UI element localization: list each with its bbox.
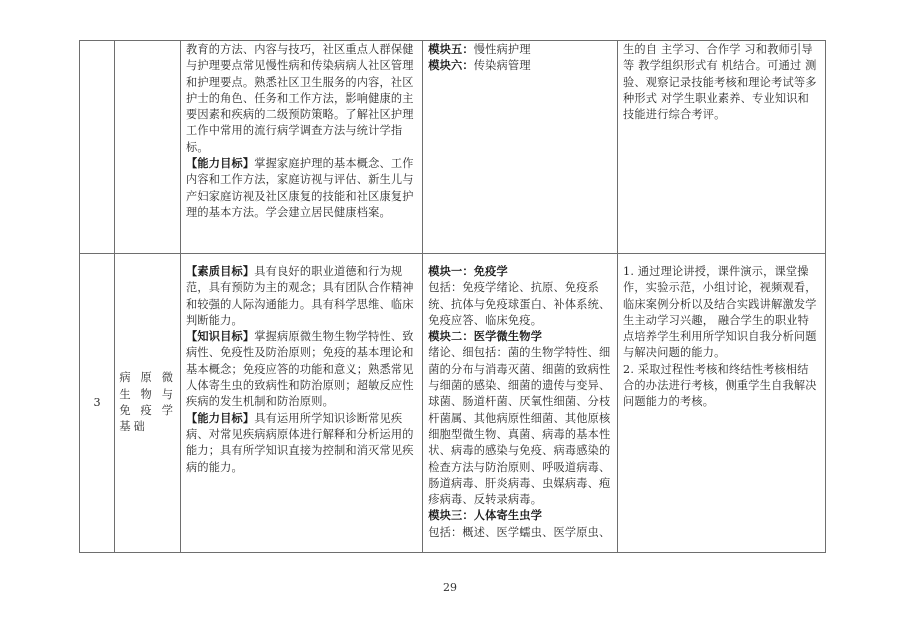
ability-goal-label: 【能力目标】 [186,412,254,425]
content-cell: 模块一：免疫学 包括：免疫学绪论、抗原、免疫系统、抗体与免疫球蛋白、补体系统、免… [423,254,618,553]
method-item: 1. 通过理论讲授，课件演示，课堂操作，实验示范，小组讨论，视频观看，临床案例分… [623,264,820,362]
method-item: 2. 采取过程性考核和终结性考核相结合的办法进行考核，侧重学生自我解决问题能力的… [623,362,820,411]
module-item: 模块五：慢性病护理 [428,42,612,58]
module-label: 模块五： [428,43,474,56]
module-label: 模块六： [428,59,474,72]
goals-cell: 教育的方法、内容与技巧，社区重点人群保健与护理要点常见慢性病和传染病病人社区管理… [180,41,422,254]
ability-goal-label: 【能力目标】 [186,157,254,170]
quality-goal-label: 【素质目标】 [186,265,254,278]
module-item: 模块六：传染病管理 [428,58,612,74]
table-row: 3 病原微生物与免疫学基础 【素质目标】具有良好的职业道德和行为规范，具有预防为… [80,254,826,553]
ability-goal: 【能力目标】具有运用所学知识诊断常见疾病、对常见疾病病原体进行解释和分析运用的能… [186,411,417,476]
course-name: 病原微生物与免疫学基础 [119,370,176,435]
knowledge-goal: 【知识目标】掌握病原微生物生物学特性、致病性、免疫性及防治原则；免疫的基本理论和… [186,329,417,410]
goals-continued-text: 教育的方法、内容与技巧，社区重点人群保健与护理要点常见慢性病和传染病病人社区管理… [186,42,417,156]
row-index: 3 [94,396,101,409]
table-row: 教育的方法、内容与技巧，社区重点人群保健与护理要点常见慢性病和传染病病人社区管理… [80,41,826,254]
module-text: 绪论、细包括：菌的生物学特性、细菌的分布与消毒灭菌、细菌的致病性与细菌的感染、细… [428,345,612,508]
method-cell: 生的自 主学习、合作学 习和教师引导等 教学组织形式有 机结合。可通过 测验、观… [618,41,826,254]
module-text: 包括：免疫学绪论、抗原、免疫系统、抗体与免疫球蛋白、补体系统、免疫应答、临床免疫… [428,280,612,329]
content-cell: 模块五：慢性病护理 模块六：传染病管理 [423,41,618,254]
course-table: 教育的方法、内容与技巧，社区重点人群保健与护理要点常见慢性病和传染病病人社区管理… [79,40,826,553]
goals-cell: 【素质目标】具有良好的职业道德和行为规范，具有预防为主的观念；具有团队合作精神和… [180,254,422,553]
module-text: 包括：概述、医学蠕虫、医学原虫、 [428,525,612,541]
module-label: 模块一：免疫学 [428,264,612,280]
method-text: 生的自 主学习、合作学 习和教师引导等 教学组织形式有 机结合。可通过 测验、观… [623,42,820,123]
module-title: 传染病管理 [474,59,531,72]
method-cell: 1. 通过理论讲授，课件演示，课堂操作，实验示范，小组讨论，视频观看，临床案例分… [618,254,826,553]
ability-goal: 【能力目标】掌握家庭护理的基本概念、工作内容和工作方法，家庭访视与评估、新生儿与… [186,156,417,221]
module-label: 模块二：医学微生物学 [428,329,612,345]
page-number: 29 [0,581,900,594]
module-title: 慢性病护理 [474,43,531,56]
row-index-cell: 3 [80,254,115,553]
module-label: 模块三：人体寄生虫学 [428,508,612,524]
course-name-cell [115,41,181,254]
course-name-cell: 病原微生物与免疫学基础 [115,254,181,553]
quality-goal: 【素质目标】具有良好的职业道德和行为规范，具有预防为主的观念；具有团队合作精神和… [186,264,417,329]
row-index-cell [80,41,115,254]
knowledge-goal-label: 【知识目标】 [186,330,254,343]
